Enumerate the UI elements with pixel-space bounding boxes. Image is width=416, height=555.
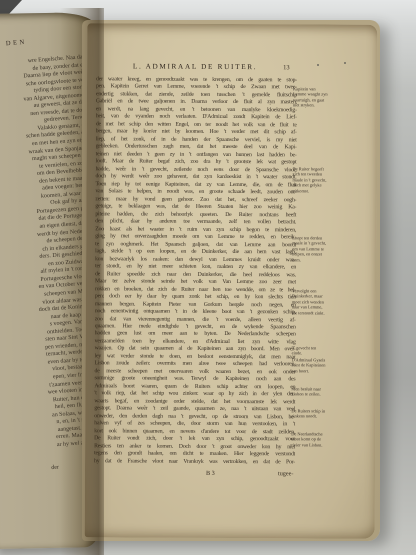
margin-notes: Kapitein van Lemme waaght zyn vaartuigh,… [291, 24, 334, 538]
footer-row: B 3 tugee- [94, 469, 299, 480]
page-title: L. ADMIRAAL DE RUITER. [95, 62, 295, 71]
page-number: 13 [283, 64, 290, 71]
left-page-running-header: DEN [6, 39, 27, 47]
margin-note: De Ruiter begeeft zich ten tweeden maale… [292, 166, 328, 193]
dust-speck [344, 62, 346, 64]
margin-note: Men besluit naar Lisbon te zeilen. [291, 386, 327, 397]
right-page: L. ADMIRAAL DE RUITER. 13 der waater kre… [85, 23, 378, 539]
margin-note: De Neerlandtsche vloot komt op de rivier… [291, 431, 327, 448]
running-header: L. ADMIRAAL DE RUITER. 13 [95, 62, 295, 71]
margin-note: D'Admiraal Gysels seint de Kapiteinen aa… [292, 357, 328, 374]
book-scan: DEN wre Engelsche. Naa datde baay, zonde… [0, 0, 416, 555]
margin-note: Loopt ten derden maale in 't gevecht, om… [292, 235, 328, 262]
left-page-catchword: der [51, 465, 59, 472]
body-text: der waater kreeg, en genoodtzaakt was te… [94, 76, 297, 466]
body-text-line: hy dat de Fransche vloot naar Vrankryk w… [94, 458, 295, 467]
margin-note: 'T gevecht ten einde. [292, 345, 328, 356]
dust-speck [317, 64, 319, 66]
signature-mark: B 3 [206, 470, 215, 477]
margin-note: Vervolght een Duinkerker, maar moet zich… [292, 288, 328, 315]
catchword: tugee- [278, 470, 294, 477]
margin-note: Kapitein van Lemme waaght zyn vaartuigh,… [293, 86, 329, 108]
margin-note: De Ruiters schip in zinkens noodt. [291, 408, 327, 419]
